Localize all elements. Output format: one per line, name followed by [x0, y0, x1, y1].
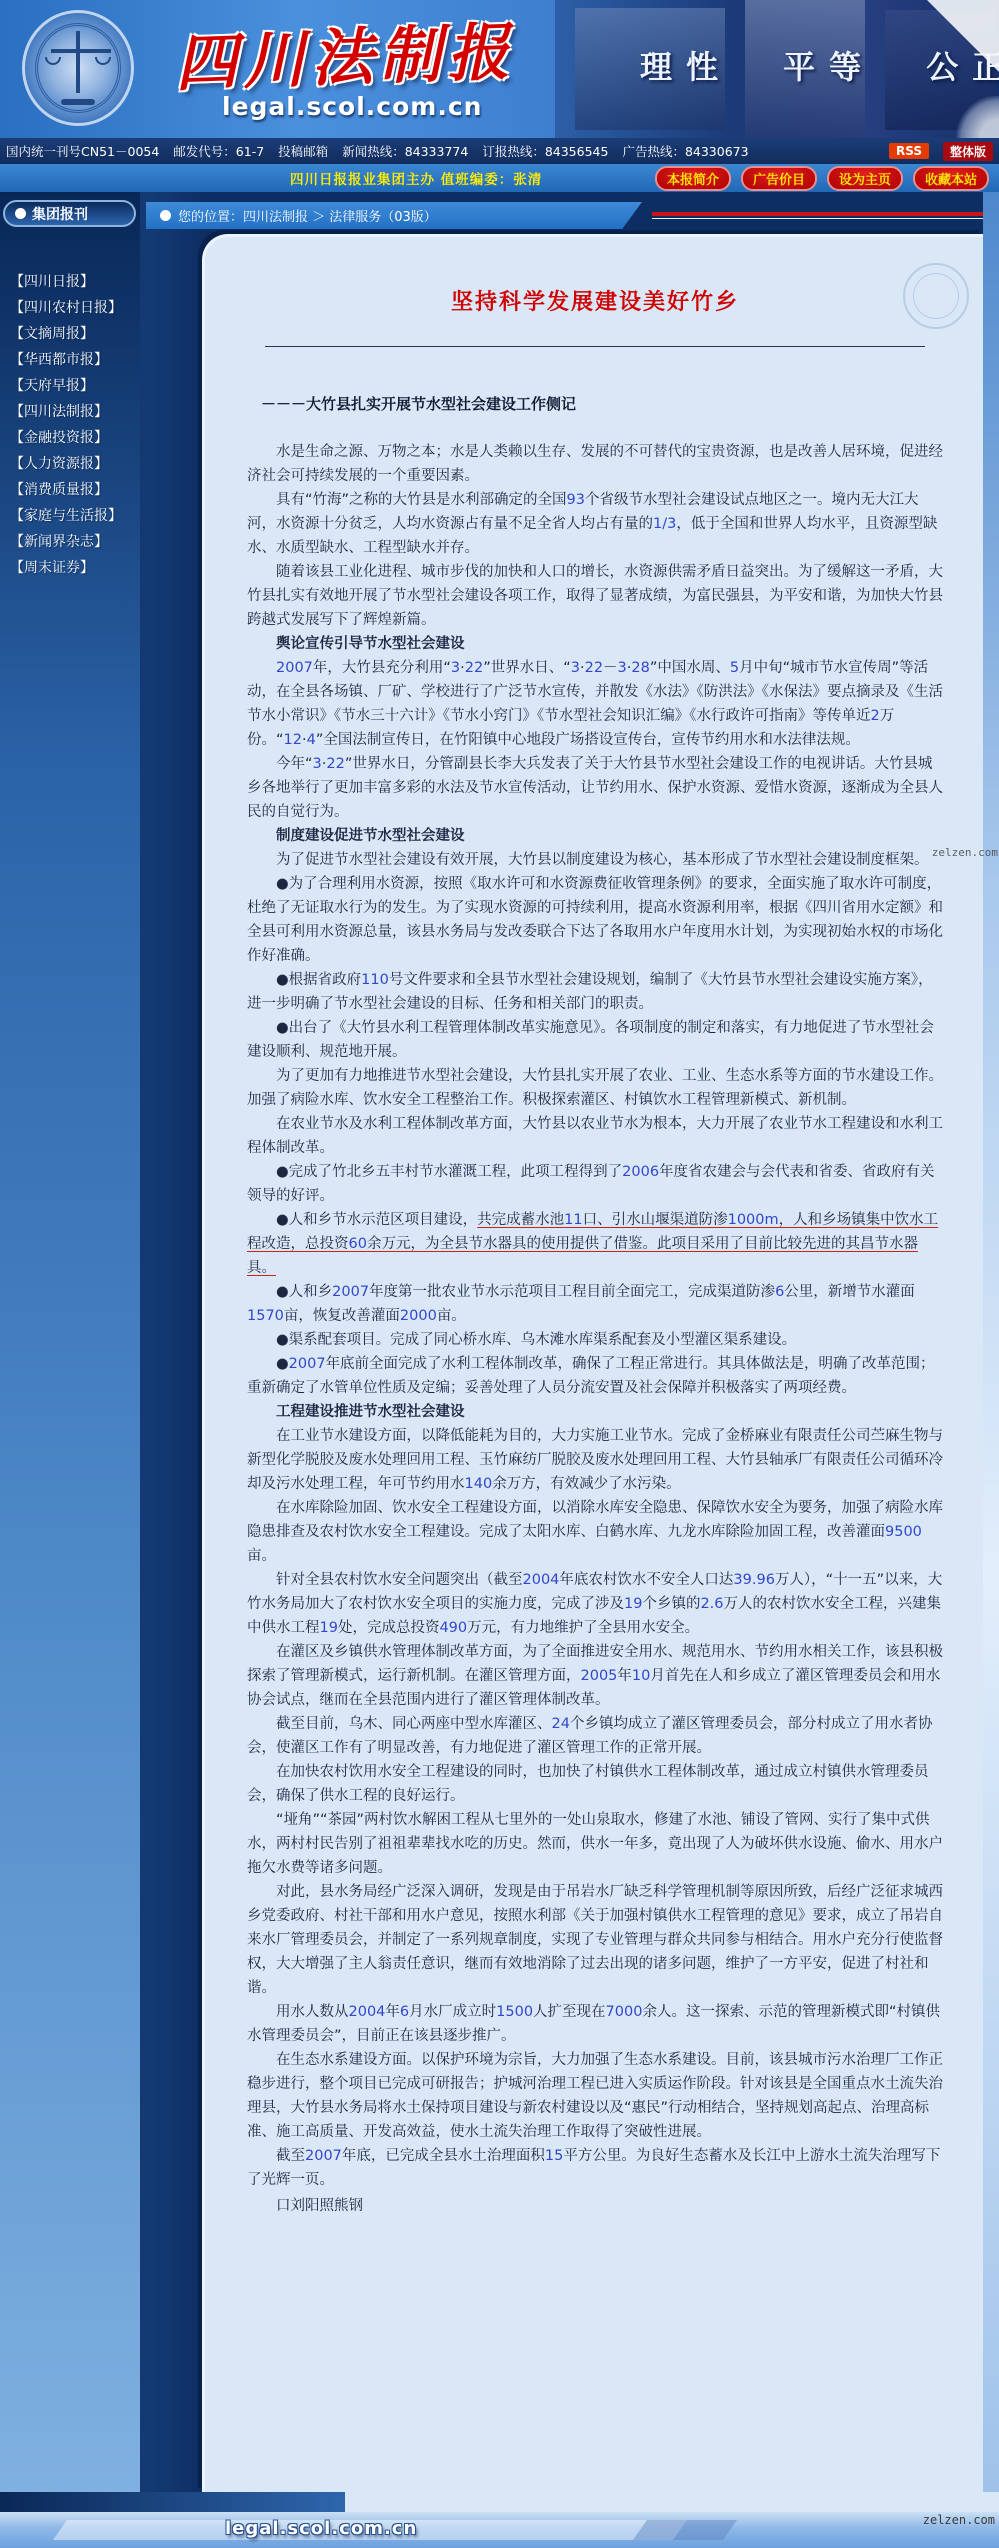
sidebar-item[interactable]: 【四川法制报】 [10, 399, 140, 425]
article-paragraph: 在工业节水建设方面，以降低能耗为目的，大力实施工业节水。完成了金桥麻业有限责任公… [247, 1424, 943, 1496]
site-url-text: legal.scol.com.cn [222, 92, 482, 121]
info-bar: 国内统一刊号CN51－0054邮发代号：61-7投稿邮箱新闻热线：8433377… [0, 138, 999, 164]
info-bar-item: 订报热线：84356545 [482, 142, 608, 160]
underlined-text: 共完成蓄水池11口、引水山堰渠道防渗1000m，人和乡场镇集中饮水工程改造，总投… [247, 1212, 938, 1276]
info-bar-item[interactable]: 投稿邮箱 [278, 142, 328, 160]
article-paragraph: 随着该县工业化进程、城市步伐的加快和人口的增长，水资源供需矛盾日益突出。为了缓解… [247, 560, 943, 632]
article-paragraph: ●完成了竹北乡五丰村节水灌溉工程，此项工程得到了2006年度省农建会与会代表和省… [247, 1160, 943, 1208]
info-bar-item: 邮发代号：61-7 [173, 142, 264, 160]
emblem-watermark [903, 263, 969, 329]
article-paragraph: 在加快农村饮用水安全工程建设的同时，也加快了村镇供水工程体制改革，通过成立村镇供… [247, 1760, 943, 1808]
article-body: 水是生命之源、万物之本；水是人类赖以生存、发展的不可替代的宝贵资源，也是改善人居… [247, 440, 943, 2218]
sidebar-item[interactable]: 【新闻界杂志】 [10, 529, 140, 555]
org-bar: 四川日报报业集团主办 值班编委：张清 本报简介广告价目设为主页收藏本站 [0, 164, 999, 192]
info-bar-item: 新闻热线：84333774 [342, 142, 468, 160]
site-logo[interactable]: 四川法制报 [174, 2, 517, 103]
sidebar: 集团报刊 【四川日报】【四川农村日报】【文摘周报】【华西都市报】【天府早报】【四… [0, 192, 140, 2492]
page-watermark: zelzen.com [932, 846, 998, 859]
sidebar-item[interactable]: 【周末证券】 [10, 555, 140, 581]
sidebar-item[interactable]: 【天府早报】 [10, 373, 140, 399]
content-panel: 坚持科学发展建设美好竹乡 －－－大竹县扎实开展节水型社会建设工作侧记 水是生命之… [202, 234, 983, 2492]
article-paragraph: 水是生命之源、万物之本；水是人类赖以生存、发展的不可替代的宝贵资源，也是改善人居… [247, 440, 943, 488]
sidebar-header-label: 集团报刊 [32, 204, 88, 224]
info-bar-item: 国内统一刊号CN51－0054 [6, 142, 159, 160]
title-divider [265, 346, 925, 347]
footer-band: legal.scol.com.cn zelzen.com [0, 2512, 999, 2548]
article-paragraph: ●渠系配套项目。完成了同心桥水库、乌木滩水库渠系配套及小型灌区渠系建设。 [247, 1328, 943, 1352]
rss-button[interactable]: RSS [889, 143, 929, 159]
main-area: 集团报刊 【四川日报】【四川农村日报】【文摘周报】【华西都市报】【天府早报】【四… [0, 192, 999, 2492]
article-paragraph: 用水人数从2004年6月水厂成立时1500人扩至现在7000余人。这一探索、示范… [247, 2000, 943, 2048]
org-pill-button[interactable]: 设为主页 [827, 166, 903, 191]
article-paragraph: ●出台了《大竹县水利工程管理体制改革实施意见》。各项制度的制定和落实，有力地促进… [247, 1016, 943, 1064]
sidebar-item[interactable]: 【四川日报】 [10, 269, 140, 295]
article-paragraph: 2007年，大竹县充分利用“3·22”世界水日、“3·22－3·28”中国水周、… [247, 656, 943, 752]
article-paragraph: 截至目前，乌木、同心两座中型水库灌区、24个乡镇均成立了灌区管理委员会，部分村成… [247, 1712, 943, 1760]
court-emblem-icon [22, 10, 134, 126]
org-pill-button[interactable]: 本报简介 [655, 166, 731, 191]
article-byline: 口刘阳照熊钢 [247, 2194, 943, 2218]
sidebar-item[interactable]: 【文摘周报】 [10, 321, 140, 347]
article-paragraph: 为了更加有力地推进节水型社会建设，大竹县扎实开展了农业、工业、生态水系等方面的节… [247, 1064, 943, 1112]
article-subtitle: －－－大竹县扎实开展节水型社会建设工作侧记 [261, 393, 943, 414]
sidebar-item[interactable]: 【人力资源报】 [10, 451, 140, 477]
section-heading: 工程建设推进节水型社会建设 [247, 1400, 943, 1424]
article-title: 坚持科学发展建设美好竹乡 [247, 285, 943, 316]
edition-button[interactable]: 整体版 [943, 142, 993, 161]
breadcrumb: 您的位置：四川法制报 ＞ 法律服务（03版） [146, 202, 642, 229]
page-curl-decoration [927, 0, 999, 72]
article-paragraph: 在水库除险加固、饮水安全工程建设方面，以消除水库安全隐患、保障饮水安全为要务，加… [247, 1496, 943, 1568]
bullet-dot-icon [15, 208, 26, 219]
article-paragraph: 在灌区及乡镇供水管理体制改革方面，为了全面推进安全用水、规范用水、节约用水相关工… [247, 1640, 943, 1712]
article-paragraph: 具有“竹海”之称的大竹县是水利部确定的全国93个省级节水型社会建设试点地区之一。… [247, 488, 943, 560]
breadcrumb-text[interactable]: 您的位置：四川法制报 ＞ 法律服务（03版） [178, 206, 437, 225]
article-paragraph: ●为了合理利用水资源，按照《取水许可和水资源费征收管理条例》的要求，全面实施了取… [247, 872, 943, 968]
sidebar-header: 集团报刊 [3, 200, 136, 227]
sponsor-text: 四川日报报业集团主办 值班编委：张清 [290, 168, 542, 188]
article-paragraph: ●人和乡节水示范区项目建设，共完成蓄水池11口、引水山堰渠道防渗1000m，人和… [247, 1208, 943, 1280]
article-paragraph: 针对全县农村饮水安全问题突出（截至2004年底农村饮水不安全人口达39.96万人… [247, 1568, 943, 1640]
footer-decoration [633, 2520, 737, 2540]
article: 坚持科学发展建设美好竹乡 －－－大竹县扎实开展节水型社会建设工作侧记 水是生命之… [205, 237, 983, 2218]
article-paragraph: 为了促进节水型社会建设有效开展，大竹县以制度建设为核心，基本形成了节水型社会建设… [247, 848, 943, 872]
article-paragraph: 在农业节水及水利工程体制改革方面，大竹县以农业节水为根本，大力开展了农业节水工程… [247, 1112, 943, 1160]
org-pill-button[interactable]: 收藏本站 [913, 166, 989, 191]
info-bar-item: 广告热线：84330673 [622, 142, 748, 160]
article-paragraph: 在生态水系建设方面。以保护环境为宗旨，大力加强了生态水系建设。目前，该县城市污水… [247, 2048, 943, 2144]
article-paragraph: ●人和乡2007年度第一批农业节水示范项目工程目前全面完工，完成渠道防渗6公里，… [247, 1280, 943, 1328]
org-pill-button[interactable]: 广告价目 [741, 166, 817, 191]
article-paragraph: 今年“3·22”世界水日，分管副县长李大兵发表了关于大竹县节水型社会建设工作的电… [247, 752, 943, 824]
right-gradient-strip [983, 192, 999, 2492]
footer-site-url[interactable]: legal.scol.com.cn [225, 2518, 417, 2539]
article-paragraph: 对此，县水务局经广泛深入调研，发现是由于吊岩水厂缺乏科学管理机制等原因所致，后经… [247, 1880, 943, 2000]
section-heading: 制度建设促进节水型社会建设 [247, 824, 943, 848]
sidebar-item[interactable]: 【华西都市报】 [10, 347, 140, 373]
sidebar-list: 【四川日报】【四川农村日报】【文摘周报】【华西都市报】【天府早报】【四川法制报】… [0, 269, 140, 581]
sidebar-item[interactable]: 【消费质量报】 [10, 477, 140, 503]
divider-highlight [652, 218, 991, 219]
footer-dark-block [0, 2492, 345, 2512]
article-paragraph: ●根据省政府110号文件要求和全县节水型社会建设规划，编制了《大竹县节水型社会建… [247, 968, 943, 1016]
page: { "colors": { "accent_red": "#d00000", "… [0, 0, 999, 2548]
sidebar-item[interactable]: 【四川农村日报】 [10, 295, 140, 321]
section-heading: 舆论宣传引导节水型社会建设 [247, 632, 943, 656]
page-curl-decoration [953, 96, 999, 138]
sidebar-item[interactable]: 【金融投资报】 [10, 425, 140, 451]
bullet-dot-icon [160, 210, 171, 221]
org-buttons: 本报简介广告价目设为主页收藏本站 [655, 166, 989, 191]
footer-watermark: zelzen.com [923, 2513, 995, 2527]
article-paragraph: ●2007年底前全面完成了水利工程体制改革，确保了工程正常进行。其具体做法是，明… [247, 1352, 943, 1400]
article-paragraph: 截至2007年底，已完成全县水土治理面积15平方公里。为良好生态蓄水及长江中上游… [247, 2144, 943, 2192]
site-banner: 四川法制报 legal.scol.com.cn 理性 平等 公正 [0, 0, 999, 138]
red-divider-line [652, 212, 991, 216]
sidebar-item[interactable]: 【家庭与生活报】 [10, 503, 140, 529]
article-paragraph: “垭角”“茶园”两村饮水解困工程从七里外的一处山泉取水，修建了水池、铺设了管网、… [247, 1808, 943, 1880]
footer: legal.scol.com.cn zelzen.com [0, 2492, 999, 2548]
